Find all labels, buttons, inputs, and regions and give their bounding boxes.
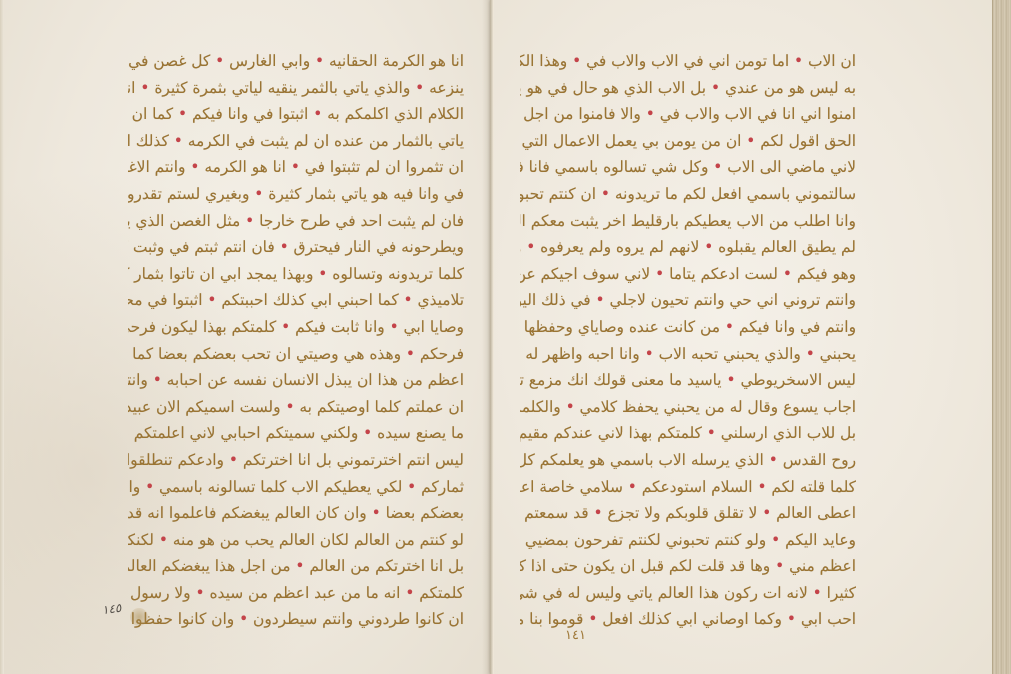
text-line: ان تثمروا ان لم تثبتوا في • انا هو الكرم… xyxy=(128,154,464,181)
rubric-dot: • xyxy=(711,79,720,97)
rubric-dot: • xyxy=(775,557,784,575)
text-line: وصايا ابي • وانا ثابت فيكم • كلمتكم بهذا… xyxy=(128,314,464,341)
rubric-dot: • xyxy=(713,158,722,176)
text-line: لم يطيق العالم يقبلوه • لانهم لم يروه ول… xyxy=(520,234,856,261)
text-line: في وانا فيه هو ياتي بثمار كثيرة • وبغيري… xyxy=(128,181,464,208)
rubric-dot: • xyxy=(726,371,735,389)
rubric-dot: • xyxy=(596,291,605,309)
rubric-dot: • xyxy=(405,584,414,602)
rubric-dot: • xyxy=(593,504,602,522)
rubric-dot: • xyxy=(787,610,796,628)
rubric-dot: • xyxy=(254,185,263,203)
text-line: لو كنتم من العالم لكان العالم يحب من هو … xyxy=(128,527,464,554)
rubric-dot: • xyxy=(207,291,216,309)
rubric-dot: • xyxy=(229,451,238,469)
rubric-dot: • xyxy=(295,557,304,575)
text-line: ليس انتم اخترتموني بل انا اخترتكم • وادع… xyxy=(128,447,464,474)
rubric-dot: • xyxy=(159,531,168,549)
rubric-dot: • xyxy=(196,584,205,602)
rubric-dot: • xyxy=(318,265,327,283)
rubric-dot: • xyxy=(725,318,734,336)
rubric-dot: • xyxy=(372,504,381,522)
text-line: اعظم مني • وها قد قلت لكم قبل ان يكون حت… xyxy=(520,553,856,580)
left-page-text-block: انا هو الكرمة الحقانيه • وابي الغارس • ك… xyxy=(128,48,464,633)
text-line: ليس الاسخريوطي • ياسيد ما معنى قولك انك … xyxy=(520,367,856,394)
rubric-dot: • xyxy=(190,158,199,176)
rubric-dot: • xyxy=(588,610,597,628)
rubric-dot: • xyxy=(707,424,716,442)
rubric-dot: • xyxy=(771,531,780,549)
text-line: تلاميذي • كما احبني ابي كذلك احببتكم • ا… xyxy=(128,287,464,314)
rubric-dot: • xyxy=(390,318,399,336)
rubric-dot: • xyxy=(601,185,610,203)
rubric-dot: • xyxy=(655,265,664,283)
rubric-dot: • xyxy=(813,584,822,602)
rubric-dot: • xyxy=(566,398,575,416)
rubric-dot: • xyxy=(215,52,224,70)
rubric-dot: • xyxy=(646,105,655,123)
text-line: كلمتكم • انه ما من عبد اعظم من سيده • ول… xyxy=(128,580,464,607)
text-line: اجاب يسوع وقال له من يحبني يحفظ كلامي • … xyxy=(520,394,856,421)
rubric-dot: • xyxy=(239,610,248,628)
text-line: ياتي بالثمار من عنده ان لم يثبت في الكرم… xyxy=(128,128,464,155)
text-line: بعضكم بعضا • وان كان العالم يبغضكم فاعلم… xyxy=(128,500,464,527)
text-line: ان كانوا طردوني وانتم سيطردون • وان كانو… xyxy=(128,606,464,633)
text-line: فان لم يثبت احد في طرح خارجا • مثل الغصن… xyxy=(128,208,464,235)
text-line: لاني ماضي الى الاب • وكل شي تسالوه باسمي… xyxy=(520,154,856,181)
text-line: ثماركم • لكي يعطيكم الاب كلما تسالونه با… xyxy=(128,474,464,501)
rubric-dot: • xyxy=(757,478,766,496)
rubric-dot: • xyxy=(280,238,289,256)
ink-stain xyxy=(130,608,148,626)
text-line: امنوا اني انا في الاب والاب في • والا فا… xyxy=(520,101,856,128)
text-line: يحبني • والذي يحبني تحبه الاب • وانا احب… xyxy=(520,341,856,368)
text-line: الكلام الذي اكلمكم به • اثبتوا في وانا ف… xyxy=(128,101,464,128)
rubric-dot: • xyxy=(794,52,803,70)
rubric-dot: • xyxy=(140,79,149,97)
text-line: ان عملتم كلما اوصيتكم به • ولست اسميكم ا… xyxy=(128,394,464,421)
left-page-fore-edge xyxy=(0,0,4,674)
rubric-dot: • xyxy=(406,345,415,363)
rubric-dot: • xyxy=(704,238,713,256)
text-line: وانا اطلب من الاب يعطيكم بارقليط اخر يثب… xyxy=(520,208,856,235)
text-line: كلما تريدونه وتسالوه • وبهذا يمجد ابي ان… xyxy=(128,261,464,288)
rubric-dot: • xyxy=(628,478,637,496)
rubric-dot: • xyxy=(526,238,535,256)
rubric-dot: • xyxy=(783,265,792,283)
text-line: اعطى العالم • لا تقلق قلوبكم ولا تجزع • … xyxy=(520,500,856,527)
text-line: ويطرحونه في النار فيحترق • فان انتم ثبتم… xyxy=(128,234,464,261)
text-line: ان الاب • اما تومن اني في الاب والاب في … xyxy=(520,48,856,75)
rubric-dot: • xyxy=(245,212,254,230)
text-line: بل للاب الذي ارسلني • كلمتكم بهذا لاني ع… xyxy=(520,420,856,447)
text-line: فرحكم • وهذه هي وصيتي ان تحب بعضكم بعضا … xyxy=(128,341,464,368)
text-line: وانتم في وانا فيكم • من كانت عنده وصاياي… xyxy=(520,314,856,341)
text-line: سالتموني باسمي افعل لكم ما تريدونه • ان … xyxy=(520,181,856,208)
rubric-dot: • xyxy=(178,105,187,123)
rubric-dot: • xyxy=(145,478,154,496)
text-line: الحق اقول لكم • ان من يومن بي يعمل الاعم… xyxy=(520,128,856,155)
text-line: بل انا اخترتكم من العالم • من اجل هذا يب… xyxy=(128,553,464,580)
page-number: ١٤١ xyxy=(565,628,586,643)
rubric-dot: • xyxy=(415,79,424,97)
text-line: به ليس هو من عندي • بل الاب الذي هو حال … xyxy=(520,75,856,102)
rubric-dot: • xyxy=(645,345,654,363)
rubric-dot: • xyxy=(769,451,778,469)
text-line: وعايد اليكم • ولو كنتم تحبوني لكنتم تفرح… xyxy=(520,527,856,554)
right-page-text-block: ان الاب • اما تومن اني في الاب والاب في … xyxy=(520,48,856,633)
text-line: اعظم من هذا ان يبذل الانسان نفسه عن احبا… xyxy=(128,367,464,394)
rubric-dot: • xyxy=(746,132,755,150)
text-line: انا هو الكرمة الحقانيه • وابي الغارس • ك… xyxy=(128,48,464,75)
manuscript-spread: انا هو الكرمة الحقانيه • وابي الغارس • ك… xyxy=(0,0,1011,674)
right-page-fore-edge xyxy=(992,0,1011,674)
text-line: وهو فيكم • لست ادعكم يتاما • لاني سوف اج… xyxy=(520,261,856,288)
text-line: كلما قلته لكم • السلام استودعكم • سلامي … xyxy=(520,474,856,501)
text-line: ينزعه • والذي ياتي بالثمر ينقيه لياتي بث… xyxy=(128,75,464,102)
rubric-dot: • xyxy=(407,478,416,496)
text-line: روح القدس • الذي يرسله الاب باسمي هو يعل… xyxy=(520,447,856,474)
rubric-dot: • xyxy=(313,105,322,123)
left-page: انا هو الكرمة الحقانيه • وابي الغارس • ك… xyxy=(0,0,494,674)
text-line: ما يصنع سيده • ولكني سميتكم احبابي لاني … xyxy=(128,420,464,447)
rubric-dot: • xyxy=(404,291,413,309)
rubric-dot: • xyxy=(806,345,815,363)
rubric-dot: • xyxy=(291,158,300,176)
rubric-dot: • xyxy=(153,371,162,389)
rubric-dot: • xyxy=(174,132,183,150)
rubric-dot: • xyxy=(572,52,581,70)
rubric-dot: • xyxy=(363,424,372,442)
rubric-dot: • xyxy=(315,52,324,70)
text-line: كثيرا • لانه ات ركون هذا العالم ياتي ولي… xyxy=(520,580,856,607)
rubric-dot: • xyxy=(285,398,294,416)
rubric-dot: • xyxy=(762,504,771,522)
rubric-dot: • xyxy=(281,318,290,336)
text-line: وانتم تروني اني حي وانتم تحيون لاجلي • ف… xyxy=(520,287,856,314)
folio-number: ١٤٥ xyxy=(101,601,122,618)
